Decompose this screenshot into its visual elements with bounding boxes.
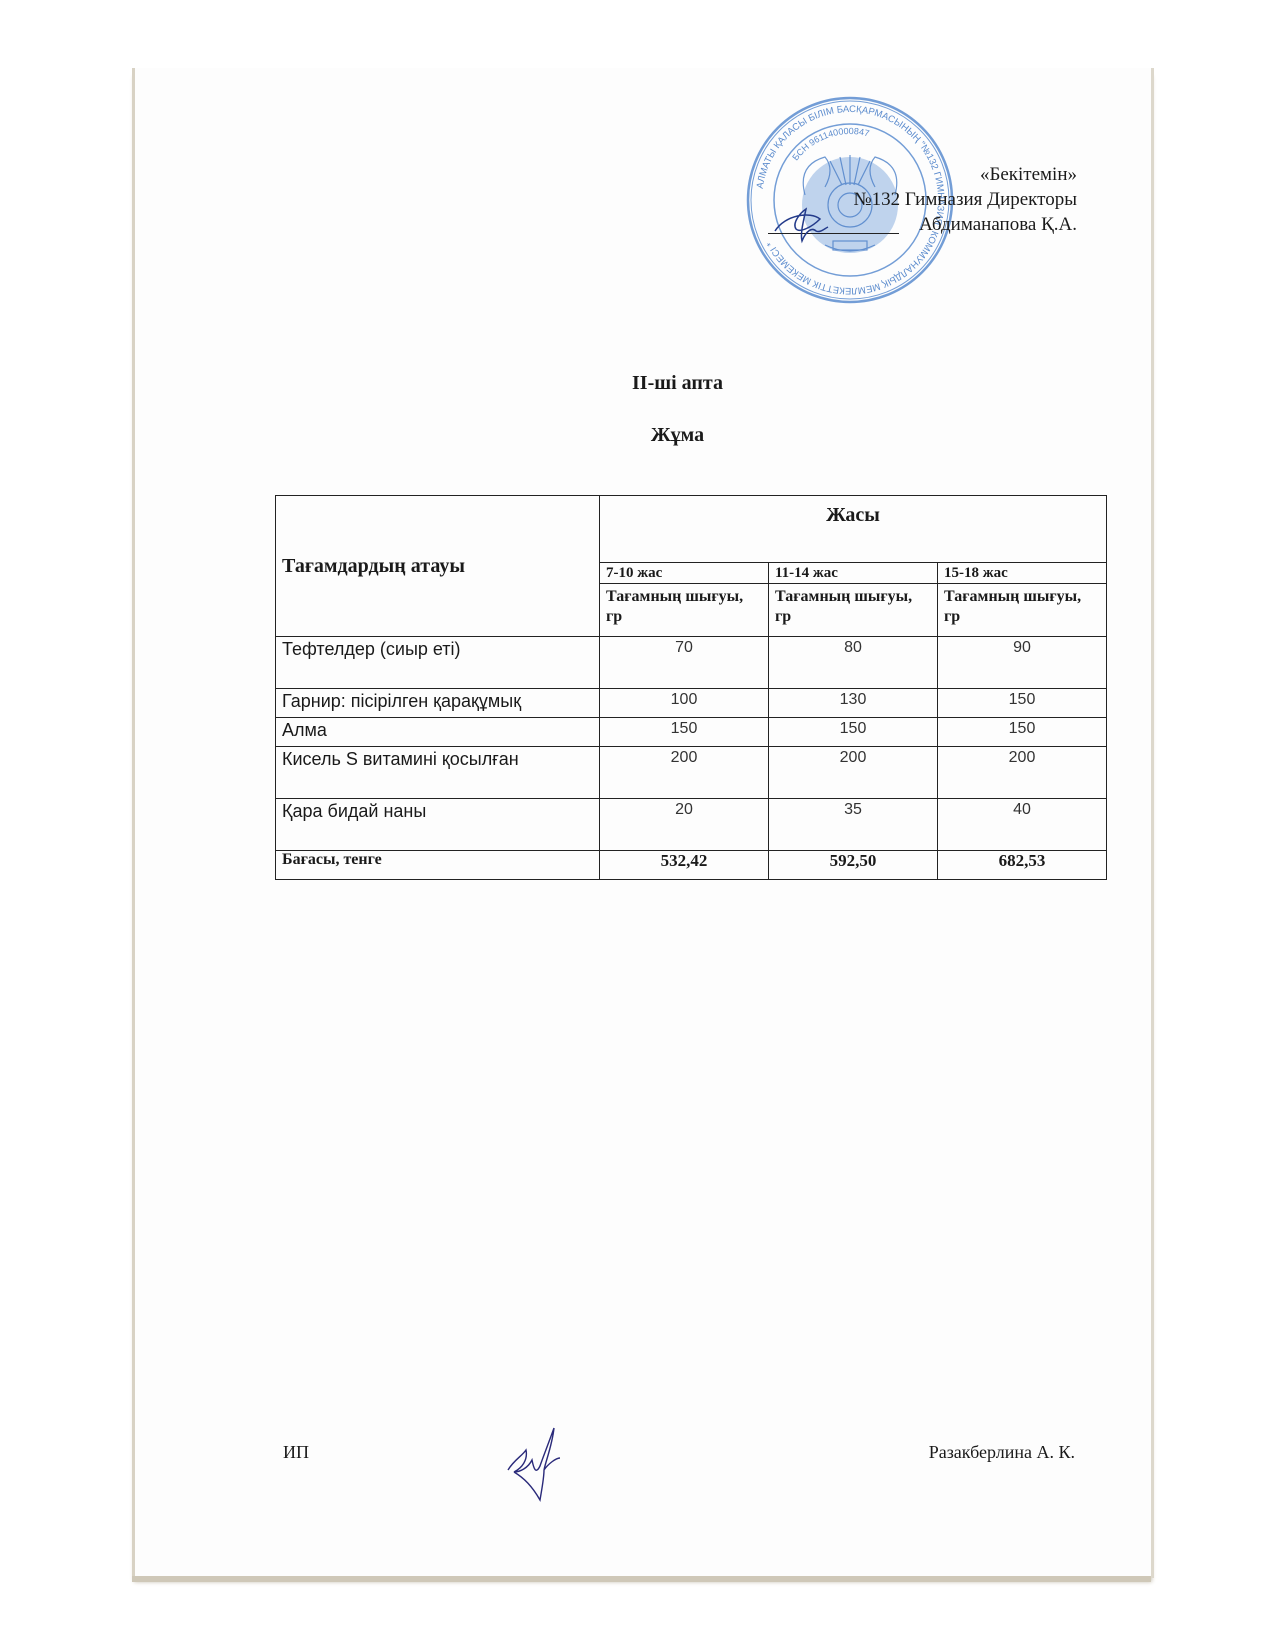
dish-yield: 90 [938,637,1107,689]
footer-ip-label: ИП [283,1442,309,1463]
dish-name-header: Тағамдардың атауы [276,496,600,637]
dish-yield: 150 [938,718,1107,747]
week-title: II-ші апта [40,372,1275,395]
price-value: 682,53 [938,851,1107,880]
price-value: 592,50 [769,851,938,880]
dish-name: Гарнир: пісірілген қарақұмық [276,689,600,718]
director-signature-icon [770,205,840,245]
dish-yield: 150 [600,718,769,747]
supplier-signature-icon [500,1420,580,1505]
dish-name: Алма [276,718,600,747]
dish-yield: 20 [600,799,769,851]
table-row: Кисель S витамині қосылған 200 200 200 [276,747,1107,799]
table-row: Тефтелдер (сиыр еті) 70 80 90 [276,637,1107,689]
yield-header: Тағамның шығуы, гр [938,584,1107,637]
age-header: Жасы [600,496,1107,563]
dish-yield: 130 [769,689,938,718]
dish-yield: 100 [600,689,769,718]
footer-supplier-name: Разакберлина А. К. [929,1442,1075,1463]
dish-yield: 200 [938,747,1107,799]
menu-table: Тағамдардың атауы Жасы 7-10 жас 11-14 жа… [275,495,1107,880]
approval-block: «Бекітемін» №132 Гимназия Директоры Абди… [854,162,1077,237]
dish-yield: 35 [769,799,938,851]
dish-yield: 200 [600,747,769,799]
price-row: Бағасы, тенге 532,42 592,50 682,53 [276,851,1107,880]
table-row: Алма 150 150 150 [276,718,1107,747]
age-group-header: 7-10 жас [600,563,769,584]
price-label: Бағасы, тенге [276,851,600,880]
table-row: Қара бидай наны 20 35 40 [276,799,1107,851]
approve-label: «Бекітемін» [854,162,1077,187]
day-title: Жұма [40,424,1275,447]
dish-name: Кисель S витамині қосылған [276,747,600,799]
table-row: Гарнир: пісірілген қарақұмық 100 130 150 [276,689,1107,718]
dish-yield: 70 [600,637,769,689]
yield-header: Тағамның шығуы, гр [600,584,769,637]
age-group-header: 11-14 жас [769,563,938,584]
dish-yield: 40 [938,799,1107,851]
dish-yield: 150 [769,718,938,747]
page-edge [132,1576,1151,1582]
yield-header: Тағамның шығуы, гр [769,584,938,637]
dish-yield: 200 [769,747,938,799]
age-group-header: 15-18 жас [938,563,1107,584]
price-value: 532,42 [600,851,769,880]
dish-name: Қара бидай наны [276,799,600,851]
director-position: №132 Гимназия Директоры [854,187,1077,212]
dish-yield: 150 [938,689,1107,718]
svg-text:БСН 961140000847: БСН 961140000847 [790,126,870,162]
dish-name: Тефтелдер (сиыр еті) [276,637,600,689]
dish-yield: 80 [769,637,938,689]
